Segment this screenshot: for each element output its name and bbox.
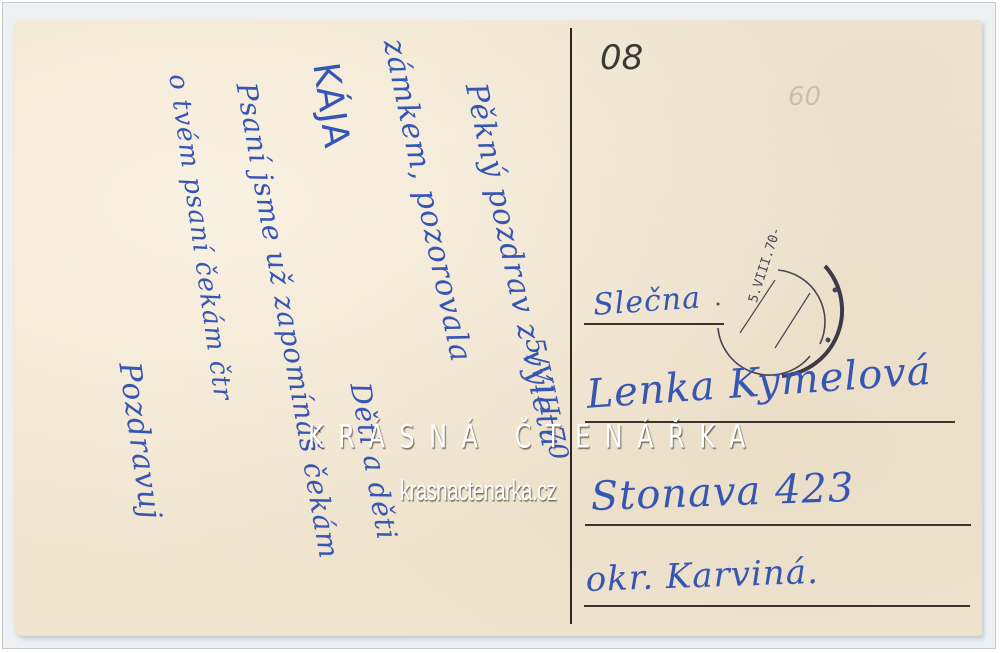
address-line-4 (584, 605, 970, 607)
watermark-url: krasnactenarka.cz (400, 474, 556, 508)
corner-number: 08 (600, 38, 643, 78)
address-street: Stonava 423 (590, 465, 855, 520)
address-district: okr. Karviná. (585, 552, 819, 600)
postcard-divider-line (570, 28, 572, 624)
faint-pencil-note: 60 (788, 82, 821, 112)
watermark-title: KRÁSNÁ ČTENÁŘKA (308, 418, 698, 456)
address-line-3 (585, 524, 971, 526)
